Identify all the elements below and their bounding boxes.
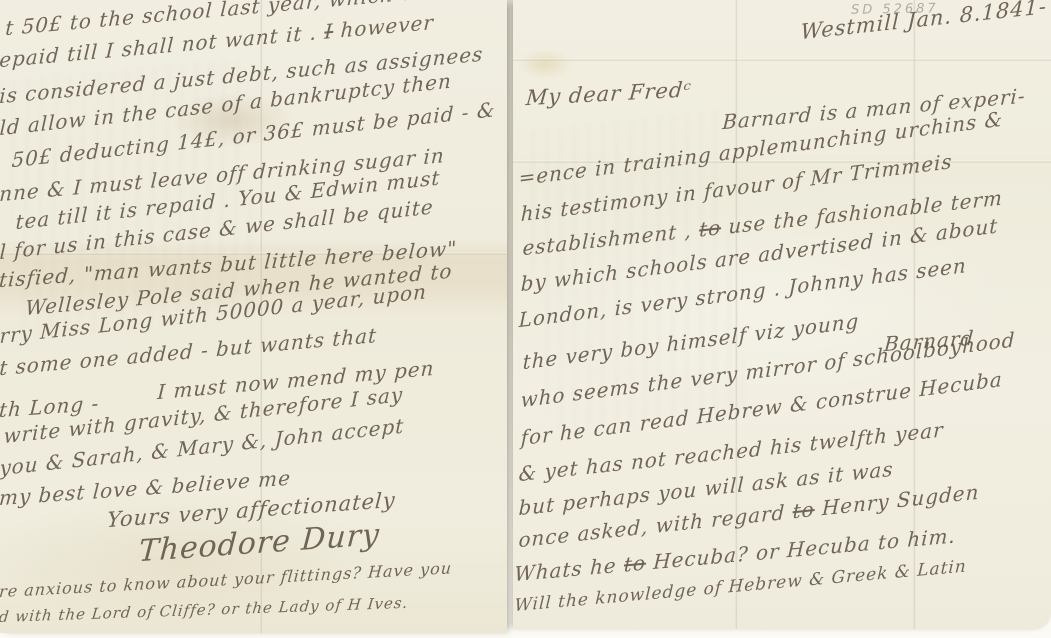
letter-page-right: SD 52687 Westmill Jan. 8.1841-My dear Fr… [513, 0, 1051, 629]
letter-page-left: t 50£ to the school last year, which wil… [0, 0, 507, 633]
handwriting-salutation: My dear Fredᶜ [525, 77, 693, 110]
handwriting-postscript: d with the Lord of Cliffe? or the Lady o… [0, 594, 409, 626]
fold-crease [513, 58, 1051, 61]
letter-scan: t 50£ to the school last year, which wil… [0, 0, 1051, 638]
fold-crease [735, 0, 738, 629]
handwriting-dateline: Westmill Jan. 8.1841- [800, 0, 1047, 44]
